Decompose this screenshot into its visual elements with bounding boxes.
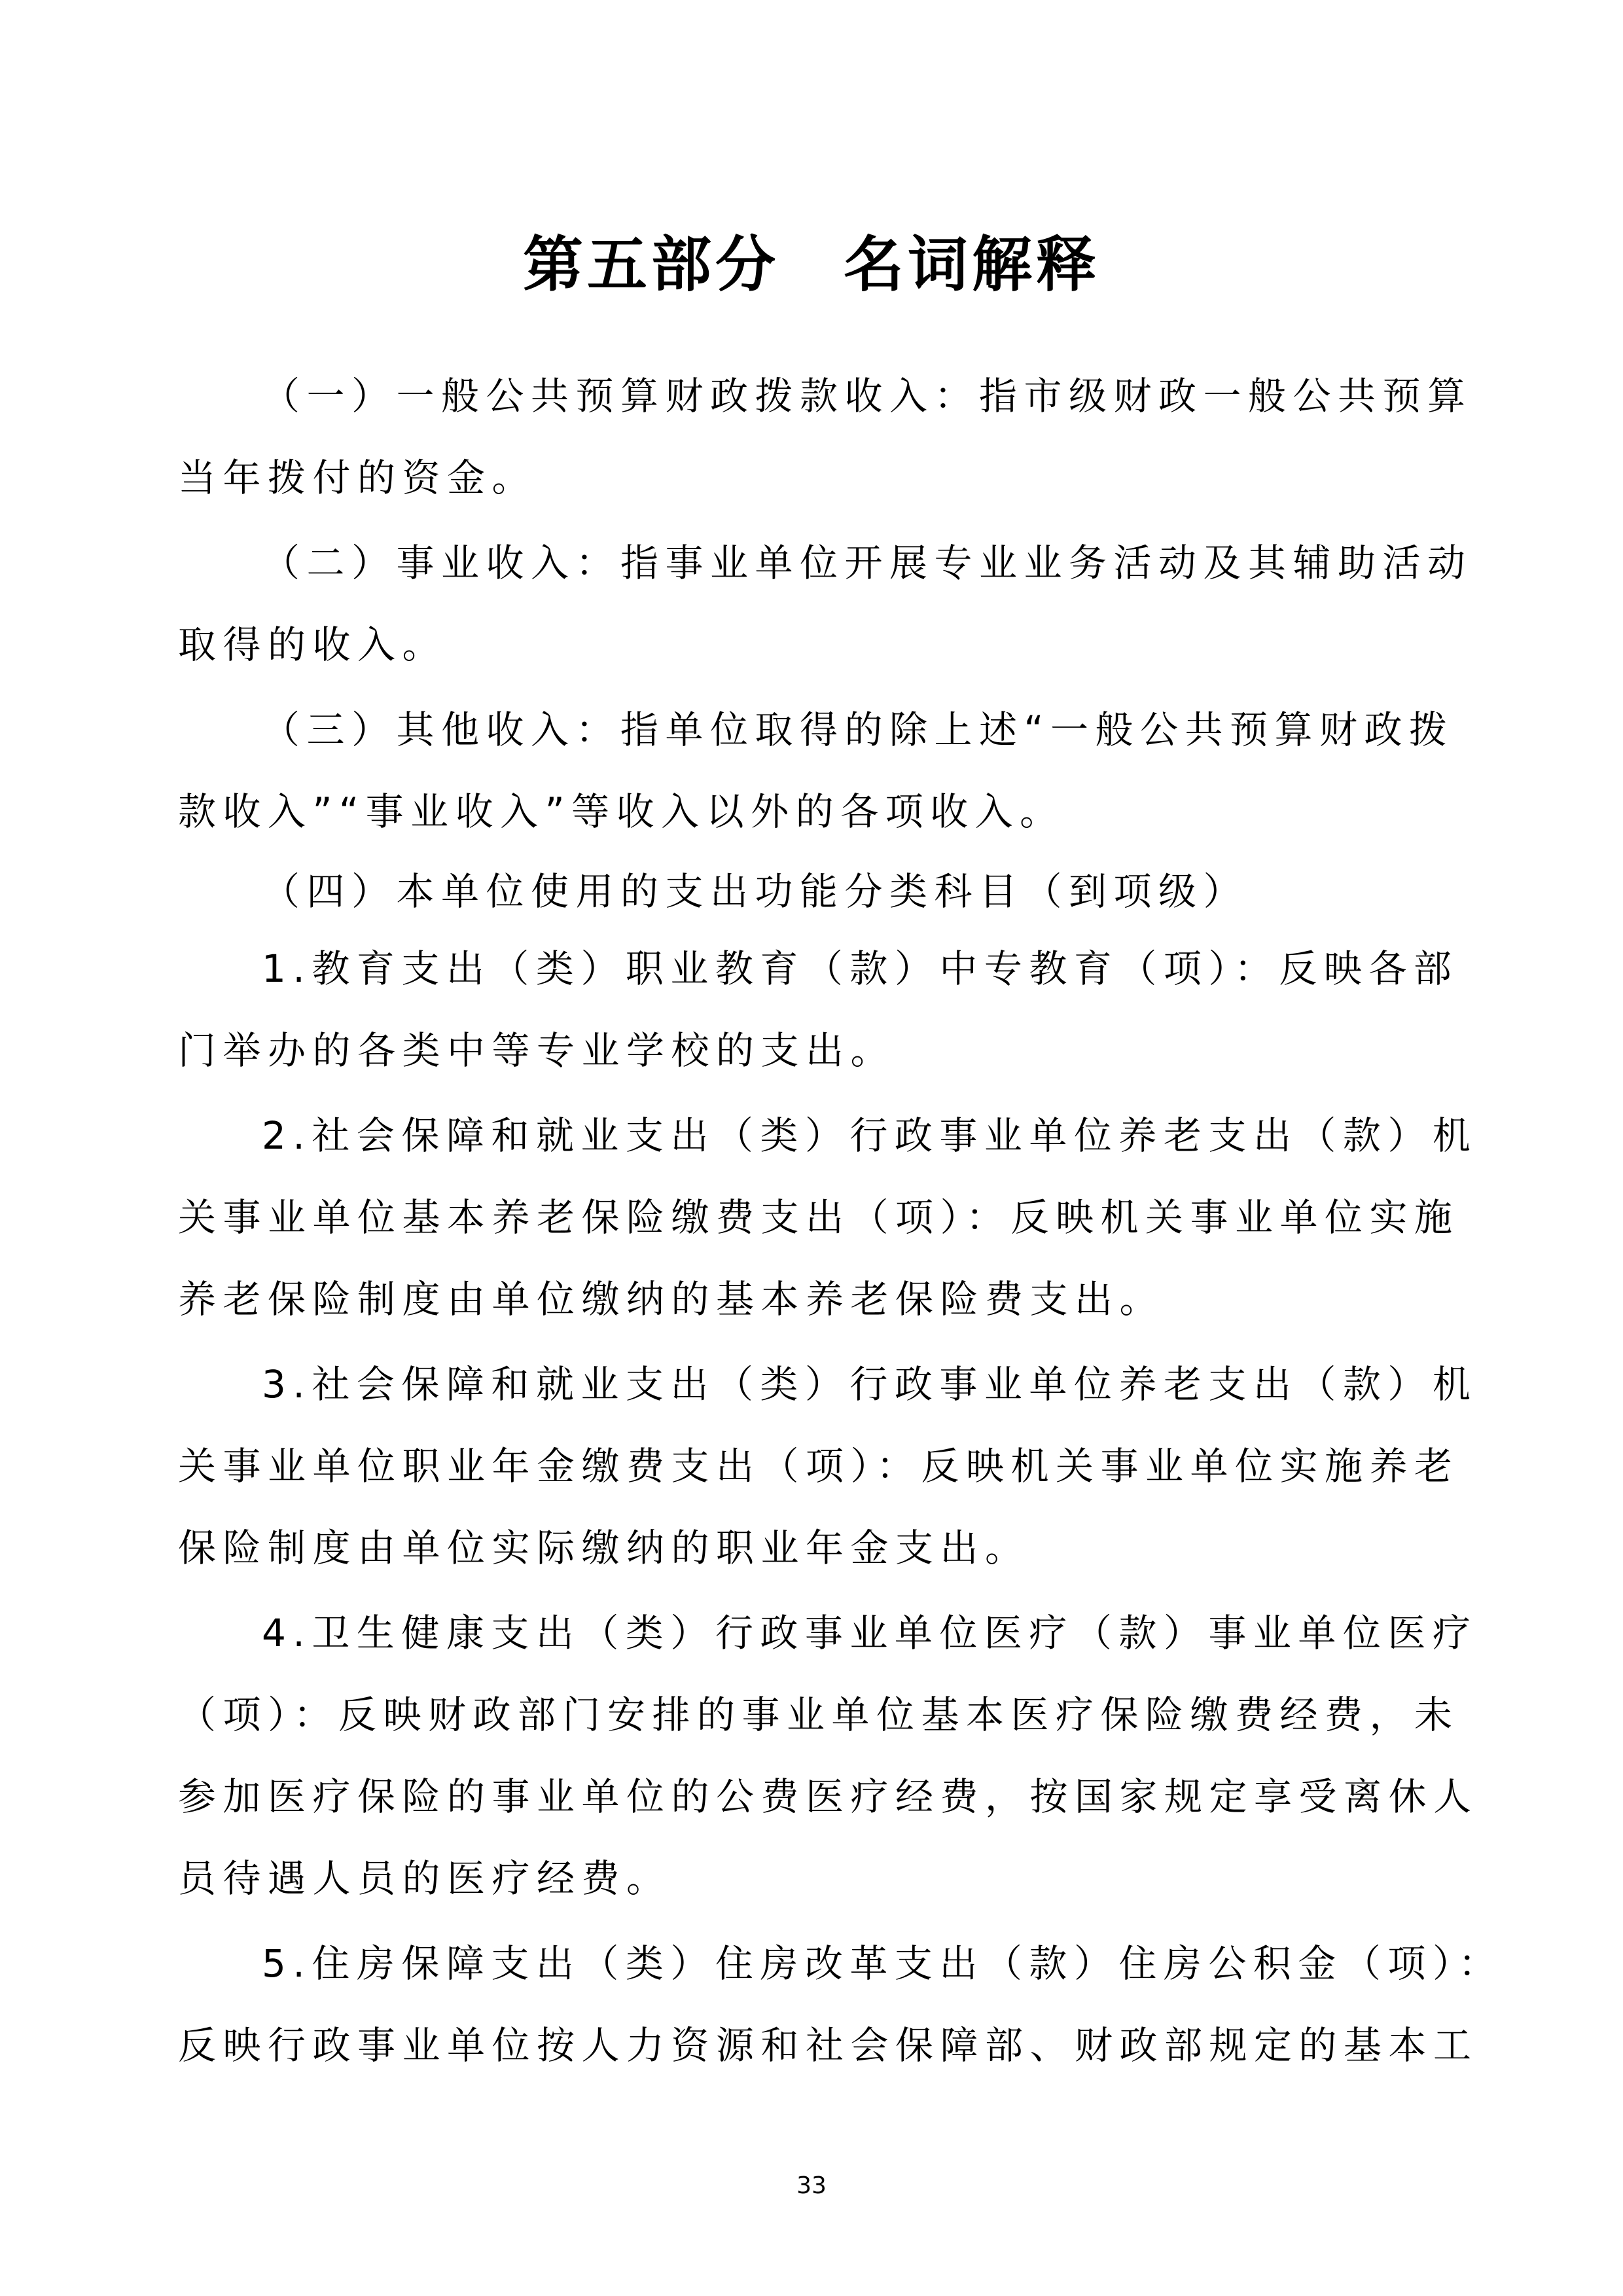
- paragraph-8-line-2: （项）：反映财政部门安排的事业单位基本医疗保险缴费经费，未: [178, 1689, 1448, 1741]
- document-page: 第五部分 名词解释 （一）一般公共预算财政拨款收入：指市级财政一般公共预算 当年…: [0, 0, 1623, 2296]
- page-title: 第五部分 名词解释: [0, 226, 1623, 304]
- paragraph-4-line-1: （四）本单位使用的支出功能分类科目（到项级）: [262, 865, 1448, 918]
- paragraph-6-line-1: 2.社会保障和就业支出（类）行政事业单位养老支出（款）机: [262, 1109, 1448, 1162]
- paragraph-8-line-3: 参加医疗保险的事业单位的公费医疗经费，按国家规定享受离休人: [178, 1770, 1448, 1823]
- paragraph-5-line-2: 门举办的各类中等专业学校的支出。: [178, 1024, 1448, 1077]
- paragraph-8-line-4: 员待遇人员的医疗经费。: [178, 1852, 1448, 1905]
- paragraph-2-line-1: （二）事业收入：指事业单位开展专业业务活动及其辅助活动: [262, 537, 1448, 589]
- paragraph-7-line-3: 保险制度由单位实际缴纳的职业年金支出。: [178, 1522, 1448, 1574]
- paragraph-5-line-1: 1.教育支出（类）职业教育（款）中专教育（项）：反映各部: [262, 942, 1448, 995]
- paragraph-8-line-1: 4.卫生健康支出（类）行政事业单位医疗（款）事业单位医疗: [262, 1607, 1448, 1659]
- paragraph-9-line-2: 反映行政事业单位按人力资源和社会保障部、财政部规定的基本工: [178, 2019, 1448, 2072]
- paragraph-7-line-1: 3.社会保障和就业支出（类）行政事业单位养老支出（款）机: [262, 1358, 1448, 1410]
- paragraph-3-line-2: 款收入”“事业收入”等收入以外的各项收入。: [178, 785, 1448, 838]
- paragraph-1-line-1: （一）一般公共预算财政拨款收入：指市级财政一般公共预算: [262, 370, 1448, 422]
- paragraph-6-line-2: 关事业单位基本养老保险缴费支出（项）：反映机关事业单位实施: [178, 1191, 1448, 1244]
- paragraph-7-line-2: 关事业单位职业年金缴费支出（项）：反映机关事业单位实施养老: [178, 1440, 1448, 1492]
- paragraph-2-line-2: 取得的收入。: [178, 619, 1448, 671]
- paragraph-3-line-1: （三）其他收入：指单位取得的除上述“一般公共预算财政拨: [262, 704, 1448, 756]
- paragraph-6-line-3: 养老保险制度由单位缴纳的基本养老保险费支出。: [178, 1273, 1448, 1325]
- paragraph-1-line-2: 当年拨付的资金。: [178, 452, 1448, 504]
- paragraph-9-line-1: 5.住房保障支出（类）住房改革支出（款）住房公积金（项）：: [262, 1937, 1448, 1990]
- page-number: 33: [0, 2170, 1623, 2202]
